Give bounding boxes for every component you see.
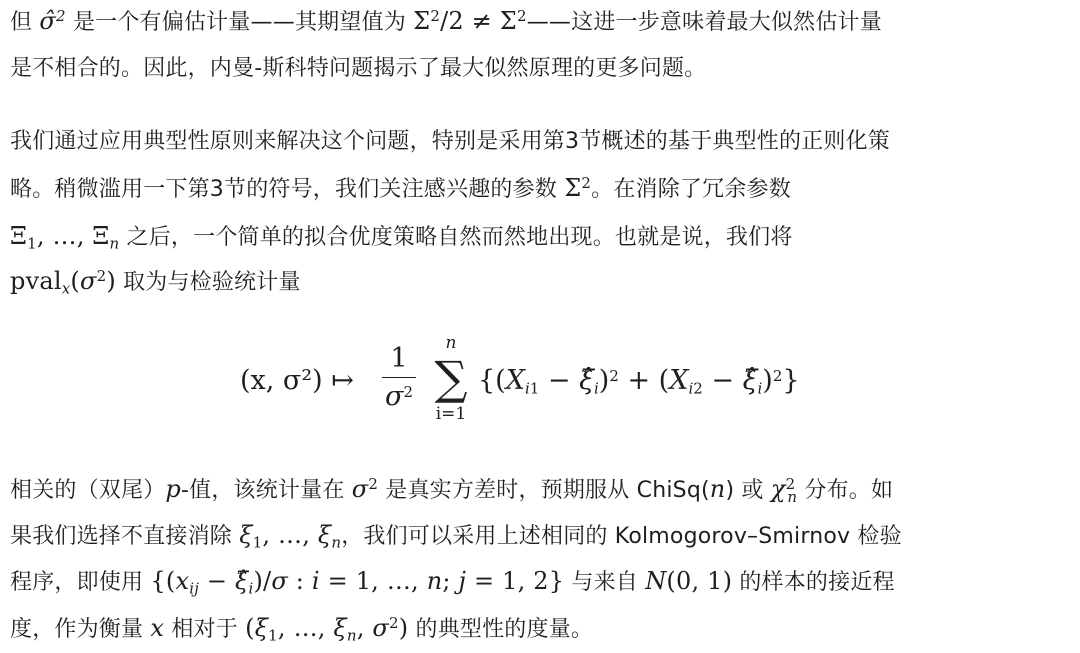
math-sigma-hat-squared: σ̂2 <box>39 7 65 35</box>
text: 相关的（双尾） <box>10 478 165 503</box>
paragraph-3-line-3: 程序，即使用 {(xij − ξ̂i)/σ : i = 1, …, n; j =… <box>10 566 895 598</box>
paragraph-3-line-2: 果我们选择不直接消除 ξ1, …, ξn，我们可以采用上述相同的 Kolmogo… <box>10 520 902 552</box>
text: 分布。如 <box>797 478 893 503</box>
paragraph-2-line-4: pvalx(σ2) 取为与检验统计量 <box>10 266 301 298</box>
text: 是真实方差时，预期服从 ChiSq( <box>378 478 710 503</box>
math-expectation: Σ2/2 ≠ Σ2 <box>413 7 527 35</box>
document-page: 但 σ̂2 是一个有偏估计量——其期望值为 Σ2/2 ≠ Σ2——这进一步意味着… <box>0 0 1080 653</box>
text: 的典型性的度量。 <box>408 617 593 642</box>
math-normal-dist: N(0, 1) <box>645 567 732 595</box>
text: 的样本的接近程 <box>732 570 895 595</box>
text: 与来自 <box>564 570 645 595</box>
equation-summation: n ∑ i=1 <box>424 333 478 425</box>
text: 但 <box>10 10 39 35</box>
text: ) 或 <box>725 478 770 503</box>
math-Xi-sequence: Ξ1, …, Ξn <box>10 222 119 250</box>
math-n: n <box>710 475 726 503</box>
text: 果我们选择不直接消除 <box>10 524 239 549</box>
math-chi-squared-n: χ2n <box>771 475 797 503</box>
equation-fraction: 1 σ2 <box>382 343 416 414</box>
math-p: p <box>165 475 181 503</box>
paragraph-2-line-3: Ξ1, …, Ξn 之后，一个简单的拟合优度策略自然而然地出现。也就是说，我们将 <box>10 221 793 253</box>
math-Sigma-squared: Σ2 <box>564 174 591 202</box>
math-parameter-tuple: (ξ1, …, ξn, σ2) <box>245 614 408 642</box>
text: 略。稍微滥用一下第3节的符号，我们关注感兴趣的参数 <box>10 177 564 202</box>
text: 是一个有偏估计量——其期望值为 <box>66 10 413 35</box>
text: 。在消除了冗余参数 <box>591 177 791 202</box>
display-equation: (x, σ²) ↦ 1 σ2 n ∑ i=1 {(Xi1 − ξ̂i)2 + (… <box>240 333 860 433</box>
paragraph-2-line-1: 我们通过应用典型性原则来解决这个问题，特别是采用第3节概述的基于典型性的正则化策 <box>10 127 890 157</box>
equation-rhs: {(Xi1 − ξ̂i)2 + (Xi2 − ξ̂i)2} <box>478 365 800 396</box>
text: 之后，一个简单的拟合优度策略自然而然地出现。也就是说，我们将 <box>119 225 792 250</box>
text: ，我们可以采用上述相同的 Kolmogorov–Smirnov 检验 <box>341 524 902 549</box>
math-xi-sequence: ξ1, …, ξn <box>239 521 341 549</box>
text: 度，作为衡量 <box>10 617 150 642</box>
text: 相对于 <box>164 617 245 642</box>
text: ——这进一步意味着最大似然估计量 <box>527 10 882 35</box>
paragraph-2-line-2: 略。稍微滥用一下第3节的符号，我们关注感兴趣的参数 Σ2。在消除了冗余参数 <box>10 173 791 205</box>
paragraph-3-line-4: 度，作为衡量 x 相对于 (ξ1, …, ξn, σ2) 的典型性的度量。 <box>10 613 593 645</box>
paragraph-3-line-1: 相关的（双尾）p-值，该统计量在 σ2 是真实方差时，预期服从 ChiSq(n)… <box>10 474 893 506</box>
text: -值，该统计量在 <box>181 478 352 503</box>
text: 程序，即使用 <box>10 570 150 595</box>
math-standardized-set: {(xij − ξ̂i)/σ : i = 1, …, n; j = 1, 2} <box>150 567 564 595</box>
paragraph-1-line-1: 但 σ̂2 是一个有偏估计量——其期望值为 Σ2/2 ≠ Σ2——这进一步意味着… <box>10 6 882 38</box>
math-pval: pvalx(σ2) <box>10 267 116 295</box>
math-sigma-squared: σ2 <box>352 475 378 503</box>
equation-lhs: (x, σ²) ↦ <box>240 365 354 396</box>
math-x: x <box>150 614 164 642</box>
text: 取为与检验统计量 <box>116 270 301 295</box>
paragraph-1-line-2: 是不相合的。因此，内曼-斯科特问题揭示了最大似然原理的更多问题。 <box>10 54 706 84</box>
